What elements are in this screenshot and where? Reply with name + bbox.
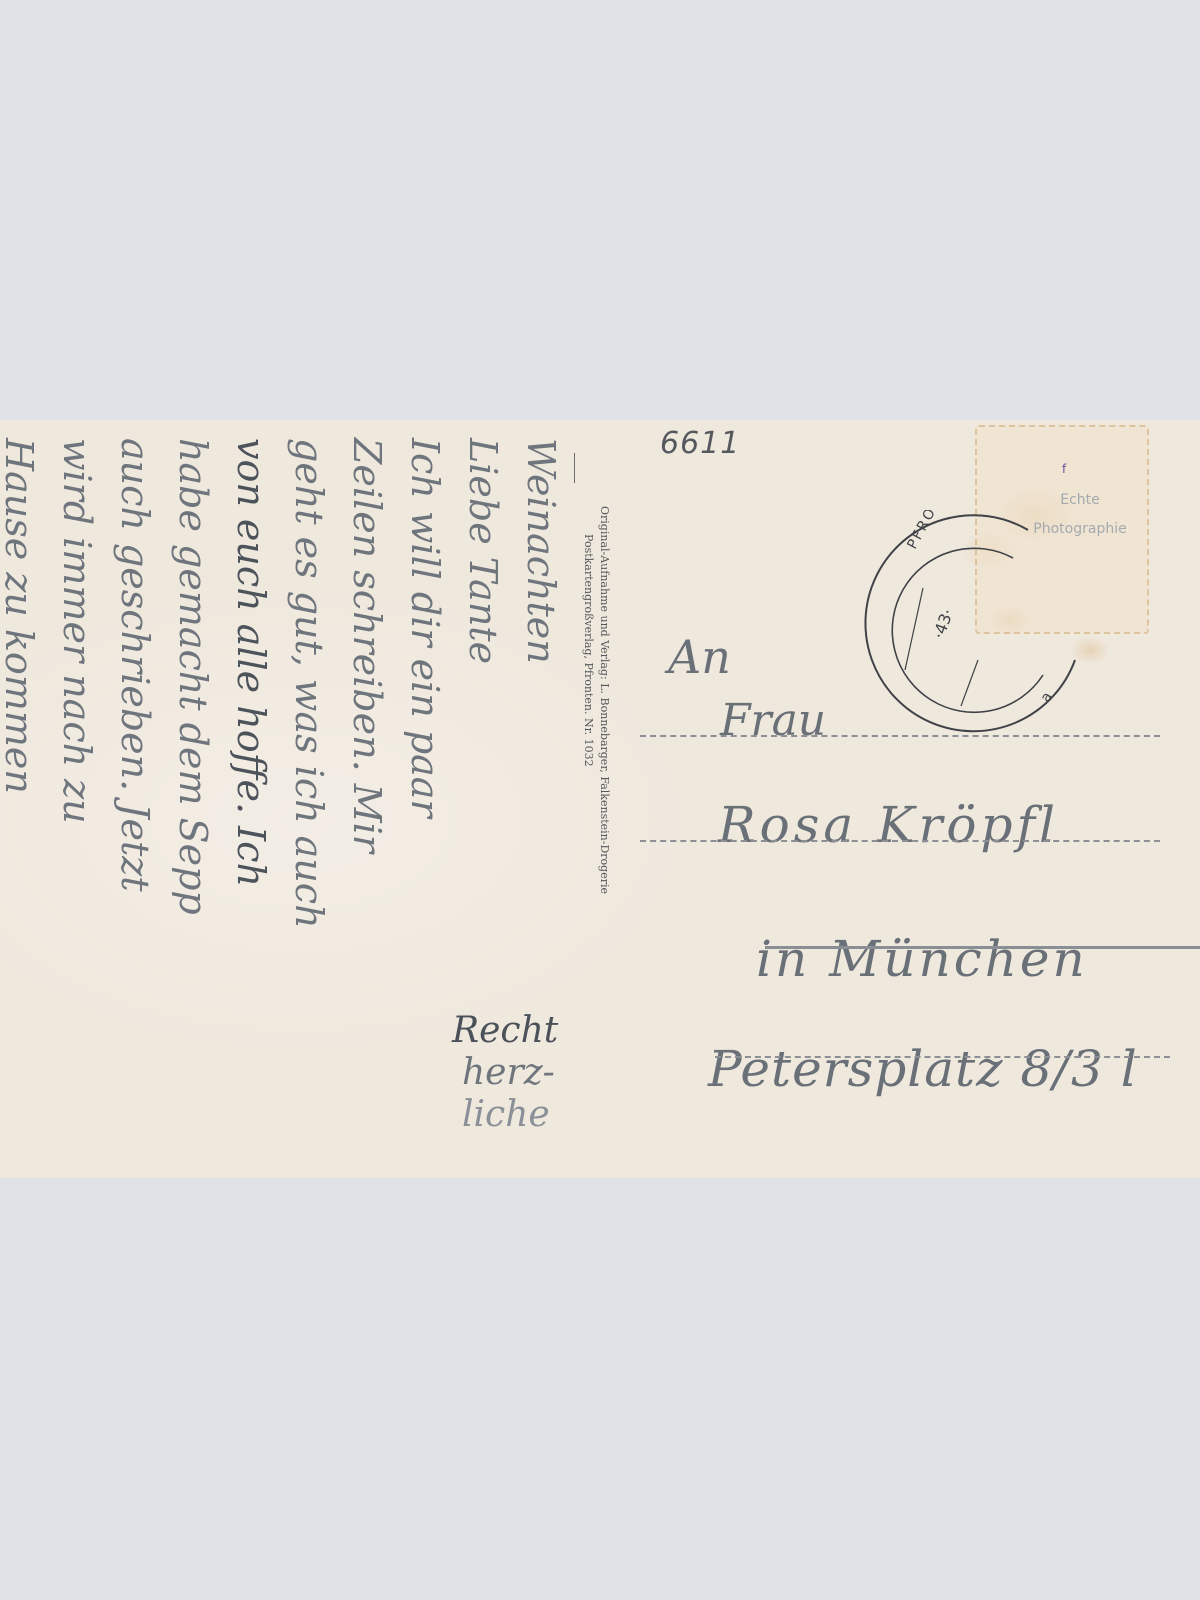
message-line: Hause zu kommen [0,438,48,1160]
message-line: Zeilen schreiben. Mir [338,438,396,1160]
reference-number: 6611 [660,426,740,461]
address-city: in München [756,930,1088,988]
closing-line: Recht [452,1010,558,1052]
postmark-date: ·43· [929,606,957,641]
message-closing: Recht herz- liche [452,1010,558,1136]
message-line: auch geschrieben. Jetzt [106,438,164,1160]
message-line: wird immer nach zu [48,438,106,1160]
postmark-icon: PFRONTEN-STEINE ·43· a [843,510,1083,750]
publisher-credit-line: Postkartengroßverlag, Pfronten. Nr. 1032 [580,506,596,1178]
publisher-credit-line: Original-Aufnahme und Verlag: L. Bonneba… [596,506,612,1178]
address-rule [640,735,1160,737]
closing-line: liche [452,1094,558,1136]
stamp-ink-mark: f [1062,462,1066,476]
address-name: Rosa Kröpfl [718,796,1059,854]
address-salutation: An [668,630,731,684]
message-line: Ich will dir ein paar [396,438,454,1160]
closing-line: herz- [452,1052,558,1094]
postmark-letter: a [1038,690,1056,705]
address-rule [765,946,1200,949]
address-title: Frau [720,695,826,746]
postcard: Weinachten Liebe Tante Ich will dir ein … [0,420,1200,1178]
address-rule [640,840,1160,842]
publisher-credit: Original-Aufnahme und Verlag: L. Bonneba… [552,420,612,1178]
message-line: geht es gut, was ich auch [280,438,338,1160]
address-rule [715,1056,1170,1058]
message-line: von euch alle hoffe. Ich [222,438,280,1160]
address-street: Petersplatz 8/3 l [708,1040,1138,1098]
message-line: habe gemacht dem Sepp [164,438,222,1160]
